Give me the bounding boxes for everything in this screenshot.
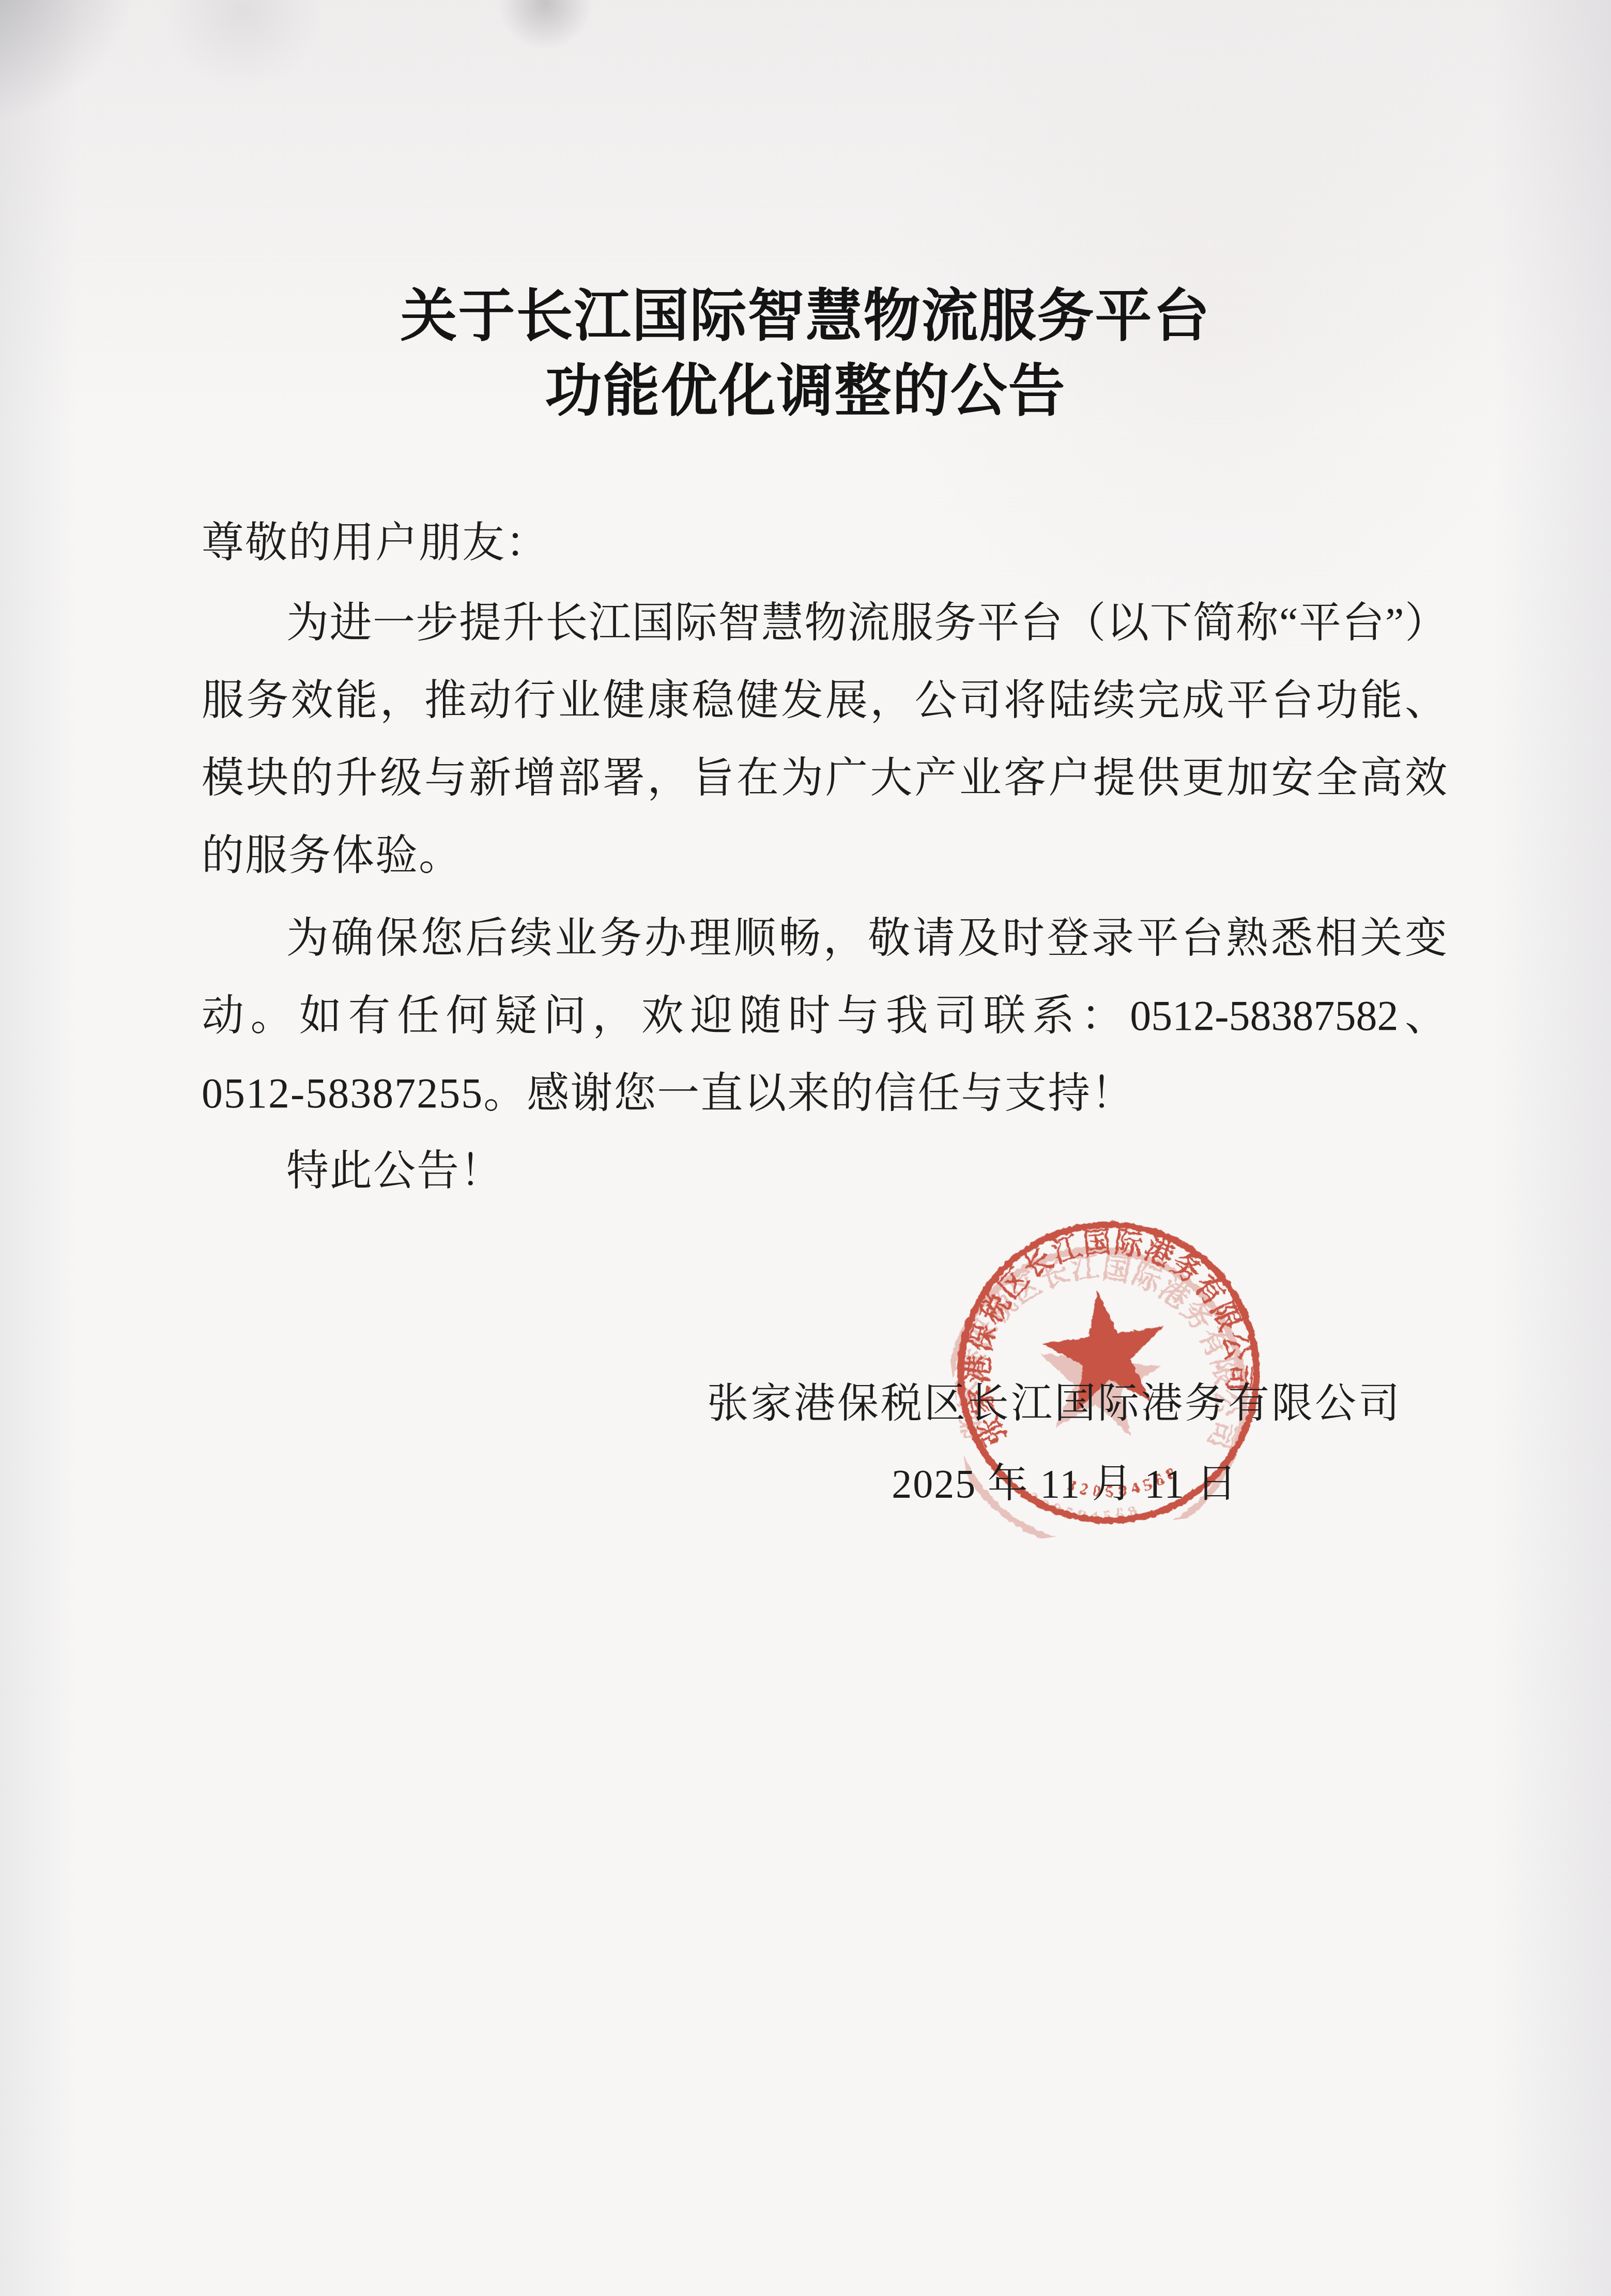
salutation-line: 尊敬的用户朋友： xyxy=(202,504,1447,582)
paragraph2-line3: 0512-58387255。感谢您一直以来的信任与支持！ xyxy=(202,1055,1447,1132)
paragraph1-line1: 为进一步提升长江国际智慧物流服务平台（以下简称“平台”） xyxy=(202,584,1447,662)
title-line-1: 关于长江国际智慧物流服务平台 xyxy=(0,279,1611,354)
scanned-announcement-page: 关于长江国际智慧物流服务平台 功能优化调整的公告 尊敬的用户朋友： 为进一步提升… xyxy=(0,0,1611,2296)
title-line-2: 功能优化调整的公告 xyxy=(0,354,1611,429)
paragraph1-line2: 服务效能，推动行业健康稳健发展，公司将陆续完成平台功能、 xyxy=(202,662,1447,739)
paragraph1-line3: 模块的升级与新增部署，旨在为广大产业客户提供更加安全高效 xyxy=(202,739,1447,817)
paragraph2-line1: 为确保您后续业务办理顺畅，敬请及时登录平台熟悉相关变 xyxy=(202,900,1447,977)
announcement-title: 关于长江国际智慧物流服务平台 功能优化调整的公告 xyxy=(0,279,1611,429)
closing-line: 特此公告！ xyxy=(202,1132,1447,1210)
paragraph2-line2: 动。如有任何疑问，欢迎随时与我司联系：0512-58387582、 xyxy=(202,977,1447,1055)
signature-date: 2025 年 11 月 11 日 xyxy=(858,1445,1271,1523)
paragraph1-line4: 的服务体验。 xyxy=(202,817,1447,894)
signature-company-name: 张家港保税区长江国际港务有限公司 xyxy=(703,1365,1406,1442)
